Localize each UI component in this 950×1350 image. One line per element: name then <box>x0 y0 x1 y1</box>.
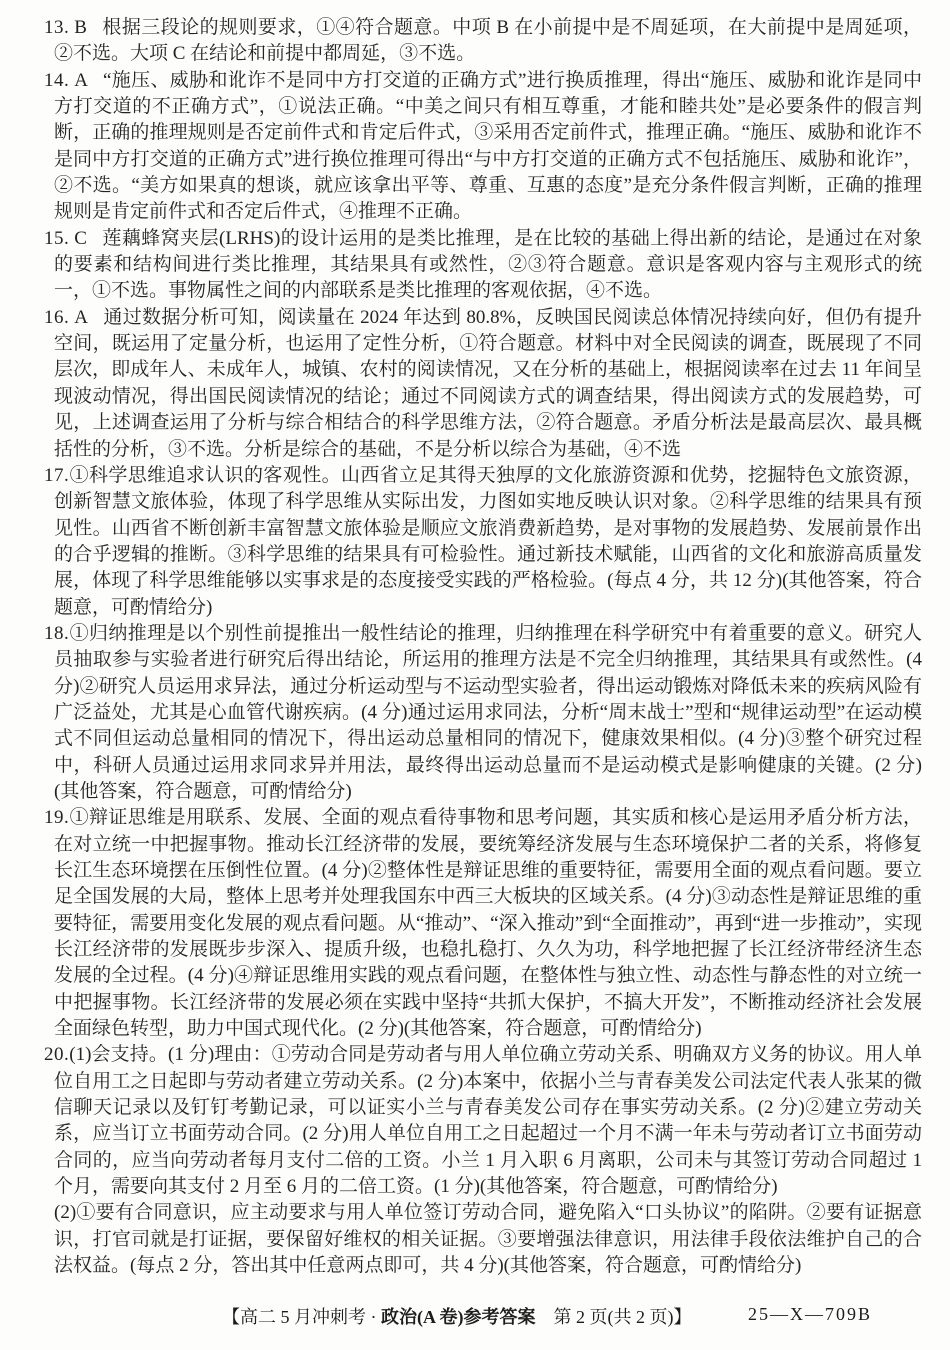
answer-text: 根据三段论的规则要求，①④符合题意。中项 B 在小前提中是不周延项，在大前提中是… <box>54 17 922 64</box>
answer-item-13: 13.B根据三段论的规则要求，①④符合题意。中项 B 在小前提中是不周延项，在大… <box>44 15 922 68</box>
question-number: 13. <box>44 17 69 38</box>
answer-letter: B <box>74 17 87 38</box>
answer-text: ①归纳推理是以个别性前提推出一般性结论的推理，归纳推理在科学研究中有着重要的意义… <box>54 623 922 802</box>
question-number: 19. <box>44 807 69 828</box>
answer-list: 13.B根据三段论的规则要求，①④符合题意。中项 B 在小前提中是不周延项，在大… <box>44 15 922 1280</box>
answer-item-20: 20.(1)会支持。(1 分)理由：①劳动合同是劳动者与用人单位确立劳动关系、明… <box>44 1042 922 1200</box>
answer-letter: A <box>74 70 88 91</box>
answer-text: (1)会支持。(1 分)理由：①劳动合同是劳动者与用人单位确立劳动关系、明确双方… <box>54 1044 922 1197</box>
answer-letter: C <box>74 228 87 249</box>
answer-text: 莲藕蜂窝夹层(LRHS)的设计运用的是类比推理，是在比较的基础上得出新的结论，是… <box>54 228 922 302</box>
question-number: 16. <box>44 307 69 328</box>
answer-letter: A <box>74 307 88 328</box>
footer-subject: 政治(A 卷)参考答案 <box>381 1307 536 1327</box>
footer-page-number: 第 2 页(共 2 页)】 <box>536 1307 692 1327</box>
answer-text: (2)①要有合同意识，应主动要求与用人单位签订劳动合同，避免陷入“口头协议”的陷… <box>54 1202 922 1276</box>
footer-title: 【高二 5 月冲刺考 · 政治(A 卷)参考答案 第 2 页(共 2 页)】 <box>222 1303 692 1329</box>
question-number: 14. <box>44 70 69 91</box>
answer-text: “施压、威胁和讹诈不是同中方打交道的正确方式”进行换质推理，得出“施压、威胁和讹… <box>54 70 922 223</box>
answer-text: ①辩证思维是用联系、发展、全面的观点看待事物和思考问题，其实质和核心是运用矛盾分… <box>54 807 922 1039</box>
footer-exam-name: 【高二 5 月冲刺考 · <box>222 1307 381 1327</box>
footer-paper-code: 25—X—709B <box>748 1304 872 1325</box>
question-number: 17. <box>44 465 69 486</box>
answer-sheet-page: 13.B根据三段论的规则要求，①④符合题意。中项 B 在小前提中是不周延项，在大… <box>0 0 950 1350</box>
answer-item-19: 19.①辩证思维是用联系、发展、全面的观点看待事物和思考问题，其实质和核心是运用… <box>44 805 922 1042</box>
answer-item-20-part2: (2)①要有合同意识，应主动要求与用人单位签订劳动合同，避免陷入“口头协议”的陷… <box>44 1200 922 1279</box>
answer-item-17: 17.①科学思维追求认识的客观性。山西省立足其得天独厚的文化旅游资源和优势，挖掘… <box>44 463 922 621</box>
question-number: 18. <box>44 623 69 644</box>
answer-item-18: 18.①归纳推理是以个别性前提推出一般性结论的推理，归纳推理在科学研究中有着重要… <box>44 621 922 805</box>
question-number: 15. <box>44 228 69 249</box>
question-number: 20. <box>44 1044 69 1065</box>
page-footer: 【高二 5 月冲刺考 · 政治(A 卷)参考答案 第 2 页(共 2 页)】 2… <box>0 1303 950 1333</box>
answer-text: ①科学思维追求认识的客观性。山西省立足其得天独厚的文化旅游资源和优势，挖掘特色文… <box>54 465 922 618</box>
answer-item-16: 16.A通过数据分析可知，阅读量在 2024 年达到 80.8%，反映国民阅读总… <box>44 305 922 463</box>
answer-item-15: 15.C莲藕蜂窝夹层(LRHS)的设计运用的是类比推理，是在比较的基础上得出新的… <box>44 226 922 305</box>
answer-item-14: 14.A“施压、威胁和讹诈不是同中方打交道的正确方式”进行换质推理，得出“施压、… <box>44 68 922 226</box>
answer-text: 通过数据分析可知，阅读量在 2024 年达到 80.8%，反映国民阅读总体情况持… <box>54 307 922 460</box>
